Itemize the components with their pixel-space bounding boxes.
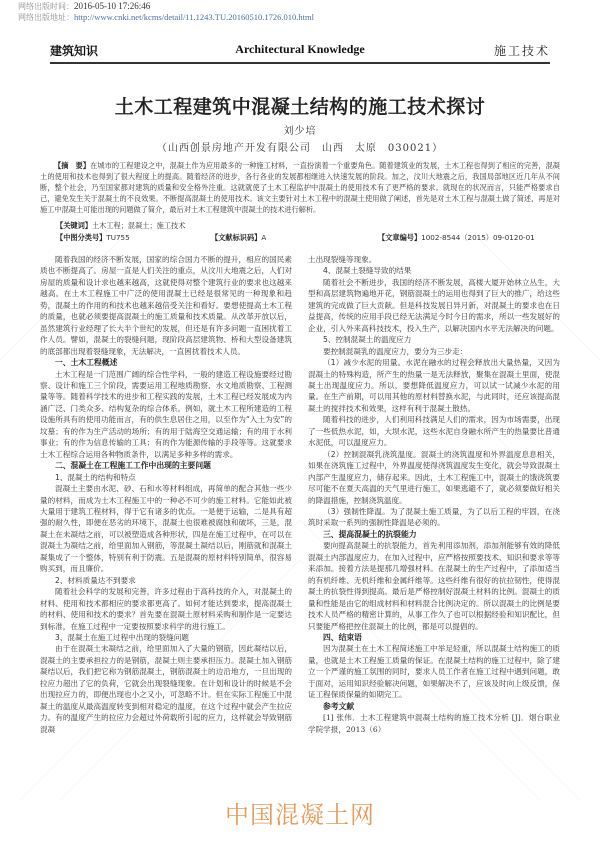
right-column: 土出现裂缝等现象。 4、混凝土裂缝导致的结果 随着社会不断进步，我国的经济不断发… xyxy=(308,254,560,735)
subsection-2-heading: 2、材料质量达不到要求 xyxy=(40,575,292,586)
publication-time-value: 2016-05-10 17:26:46 xyxy=(74,1,150,11)
continued-text: 土出现裂缝等现象。 xyxy=(308,254,560,265)
step-2-paragraph: （2）控制混凝乳浇筑温度。混凝土的浇筑温度和外界温度息息相关，如果在浇筑施工过程… xyxy=(308,449,560,506)
keywords-label: 【关键词】 xyxy=(56,221,92,230)
abstract-text: 在城市的工程建设之中，混凝土作为应用最多的一种施工材料，一直扮演着一个重要角色。… xyxy=(40,161,560,214)
subsection-4-body: 随着社会不断进步，我国的经济不断发展，高楼大厦开始林立丛生，大型和高层建筑物遍地… xyxy=(308,277,560,334)
section-1-body: 土木工程是一门范围广阔的综合性学科，一般的建造工程设施要经过勘察、设计和施工三个… xyxy=(40,369,292,461)
section-3-body: 要向提高混凝土的抗裂能力，首先利用添加剂，添加剂能够有效的降低混凝土内部温度应力… xyxy=(308,540,560,632)
section-2-heading: 二、混凝土在工程施工工作中出现的主要问题 xyxy=(40,460,292,471)
site-watermark: 中国混凝土网 xyxy=(0,795,600,830)
article-title: 土木工程建筑中混凝土结构的施工技术探讨 xyxy=(0,92,600,119)
references-heading: 参考文献 xyxy=(308,701,560,712)
publication-url-label: 网络出版地址： xyxy=(18,13,74,22)
publication-time-row: 网络出版时间：2016-05-10 17:26:46 xyxy=(18,1,314,12)
publication-info: 网络出版时间：2016-05-10 17:26:46 网络出版地址：http:/… xyxy=(18,1,314,23)
subsection-3-body: 由于在混凝土未凝结之前，给里面加入了大量的钢筋，因此凝结以后，混凝土的主要承担拉… xyxy=(40,643,292,735)
publication-url-row: 网络出版地址：http://www.cnki.net/kcms/detail/1… xyxy=(18,12,314,23)
clc-value: TU755 xyxy=(106,233,129,242)
step-1-extra-paragraph: 随着科技的进步，人们利用科技满足人们的需求，因为市场需要，出现了一些低热水泥，如… xyxy=(308,414,560,448)
subsection-5-heading: 5、控制混凝土的温度应力 xyxy=(308,334,560,345)
publication-time-label: 网络出版时间： xyxy=(18,2,74,11)
publication-url-link[interactable]: http://www.cnki.net/kcms/detail/11.1243.… xyxy=(74,12,314,22)
subsection-5-intro: 要控制混凝乳的温度应力，要分为三步走： xyxy=(308,346,560,357)
subsection-1-heading: 1、混凝土的结构和特点 xyxy=(40,472,292,483)
abstract-label: 【摘 要】 xyxy=(54,161,90,170)
article-number: 【文章编号】1002-8544（2015）09-0120-01 xyxy=(378,232,535,243)
journal-name-en: Architectural Knowledge xyxy=(50,42,550,57)
document-code: 【文献标识码】A xyxy=(211,232,266,243)
step-1-paragraph: （1）减少水泥的用量。水泥在融水的过程会释放出大量热量，又因为混凝土的特殊构造，… xyxy=(308,357,560,414)
article-author: 刘少培 xyxy=(0,122,600,137)
article-no-label: 【文章编号】 xyxy=(378,233,421,242)
subsection-2-body: 随着社会科学的发展和完善，许多过程由于高科技的介入，对混凝土的材料、使用和技术都… xyxy=(40,586,292,632)
doc-code-value: A xyxy=(261,233,266,242)
section-name: 施工技术 xyxy=(494,42,550,59)
clc-number: 【中图分类号】TU755 xyxy=(56,232,130,243)
subsection-3-heading: 3、混凝土在施工过程中出现的裂缝问题 xyxy=(40,632,292,643)
intro-paragraph: 随着我国的经济不断发展，国家的综合国力不断的提升，相应的国民素质也不断提高了。房… xyxy=(40,254,292,357)
section-4-body: 因为混凝土在土木工程简述施工中举足轻重，所以混凝土结构施工的质量，也就是土木工程… xyxy=(308,643,560,700)
reference-item: [1] 张伟．土木工程建筑中混凝土结构的施工技术分析 [J]．烟台职业学院学报，… xyxy=(308,712,560,735)
keywords: 【关键词】土木工程；混凝土；施工技术 xyxy=(56,220,185,231)
author-affiliation: （山西创景房地产开发有限公司 山西 太原 030021） xyxy=(0,139,600,154)
clc-label: 【中图分类号】 xyxy=(56,233,106,242)
section-1-heading: 一、土木工程概述 xyxy=(40,357,292,368)
subsection-1-body: 混凝土主要由水泥、砂、石和水等材料组成，再简单的配合其他一些少量的材料，而成为土… xyxy=(40,483,292,575)
step-3-paragraph: （3）强制性降温。为了混凝土施工质量，为了以后工程的牢固，在浇筑时采取一系列的强… xyxy=(308,506,560,529)
section-4-heading: 四、结束语 xyxy=(308,632,560,643)
left-column: 随着我国的经济不断发展，国家的综合国力不断的提升，相应的国民素质也不断提高了。房… xyxy=(40,254,292,735)
subsection-4-heading: 4、混凝土裂缝导致的结果 xyxy=(308,265,560,276)
section-3-heading: 三、提高混凝土的抗裂能力 xyxy=(308,529,560,540)
journal-header: 建筑知识 Architectural Knowledge 施工技术 xyxy=(50,40,550,64)
doc-code-label: 【文献标识码】 xyxy=(211,233,261,242)
article-no-value: 1002-8544（2015）09-0120-01 xyxy=(421,233,535,242)
abstract: 【摘 要】在城市的工程建设之中，混凝土作为应用最多的一种施工材料，一直扮演着一个… xyxy=(40,160,560,215)
keywords-text: 土木工程；混凝土；施工技术 xyxy=(92,221,185,230)
